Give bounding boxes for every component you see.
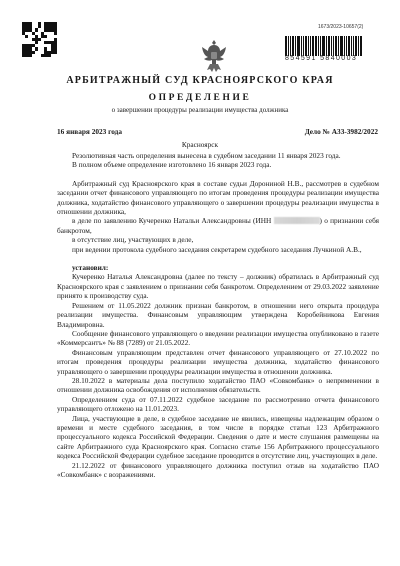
paragraph: Кучеренко Наталья Александровна (далее п… [57,272,379,300]
case-line-before: в деле по заявлению Кучеренко Натальи Ал… [72,216,271,225]
court-name: АРБИТРАЖНЫЙ СУД КРАСНОЯРСКОГО КРАЯ [0,75,400,86]
coat-of-arms-icon [199,38,229,74]
qr-code [22,22,57,57]
document-title: ОПРЕДЕЛЕНИЕ [0,93,400,103]
paragraph: Лица, участвующие в деле, в судебное зас… [57,414,379,461]
established-heading: установил: [57,263,379,272]
paragraph: Сообщение финансового управляющего о вве… [57,329,379,348]
court-composition: Арбитражный суд Красноярского края в сос… [57,179,379,217]
barcode-bars [285,36,375,56]
paragraph: Финансовым управляющим представлен отчет… [57,348,379,376]
case-parties: в деле по заявлению Кучеренко Натальи Ал… [57,216,379,235]
document-body: Резолютивная часть определения вынесена … [57,151,379,479]
intro-line-2: В полном объеме определение изготовлено … [57,160,379,169]
city: Красноярск [0,140,400,149]
barcode: 854591 5840003 [285,36,375,66]
decision-date: 16 января 2023 года [57,127,122,136]
paragraph: Определением суда от 07.11.2022 судебное… [57,395,379,414]
paragraph: Решением от 11.05.2022 должник признан б… [57,301,379,329]
intro-line-1: Резолютивная часть определения вынесена … [57,151,379,160]
absence-note: в отсутствие лиц, участвующих в деле, [57,235,379,244]
secretary-note: при ведении протокола судебного заседани… [57,245,379,254]
document-subtitle: о завершении процедуры реализации имущес… [0,106,400,114]
paragraph: 21.12.2022 от финансового управляющего д… [57,461,379,480]
case-number: Дело № А33-3982/2022 [305,127,378,136]
barcode-digits: 854591 5840003 [285,55,375,63]
paragraph: 28.10.2022 в материалы дела поступило хо… [57,376,379,395]
redacted-inn [274,217,320,224]
document-number: 1673/2023-10657(2) [318,24,363,30]
